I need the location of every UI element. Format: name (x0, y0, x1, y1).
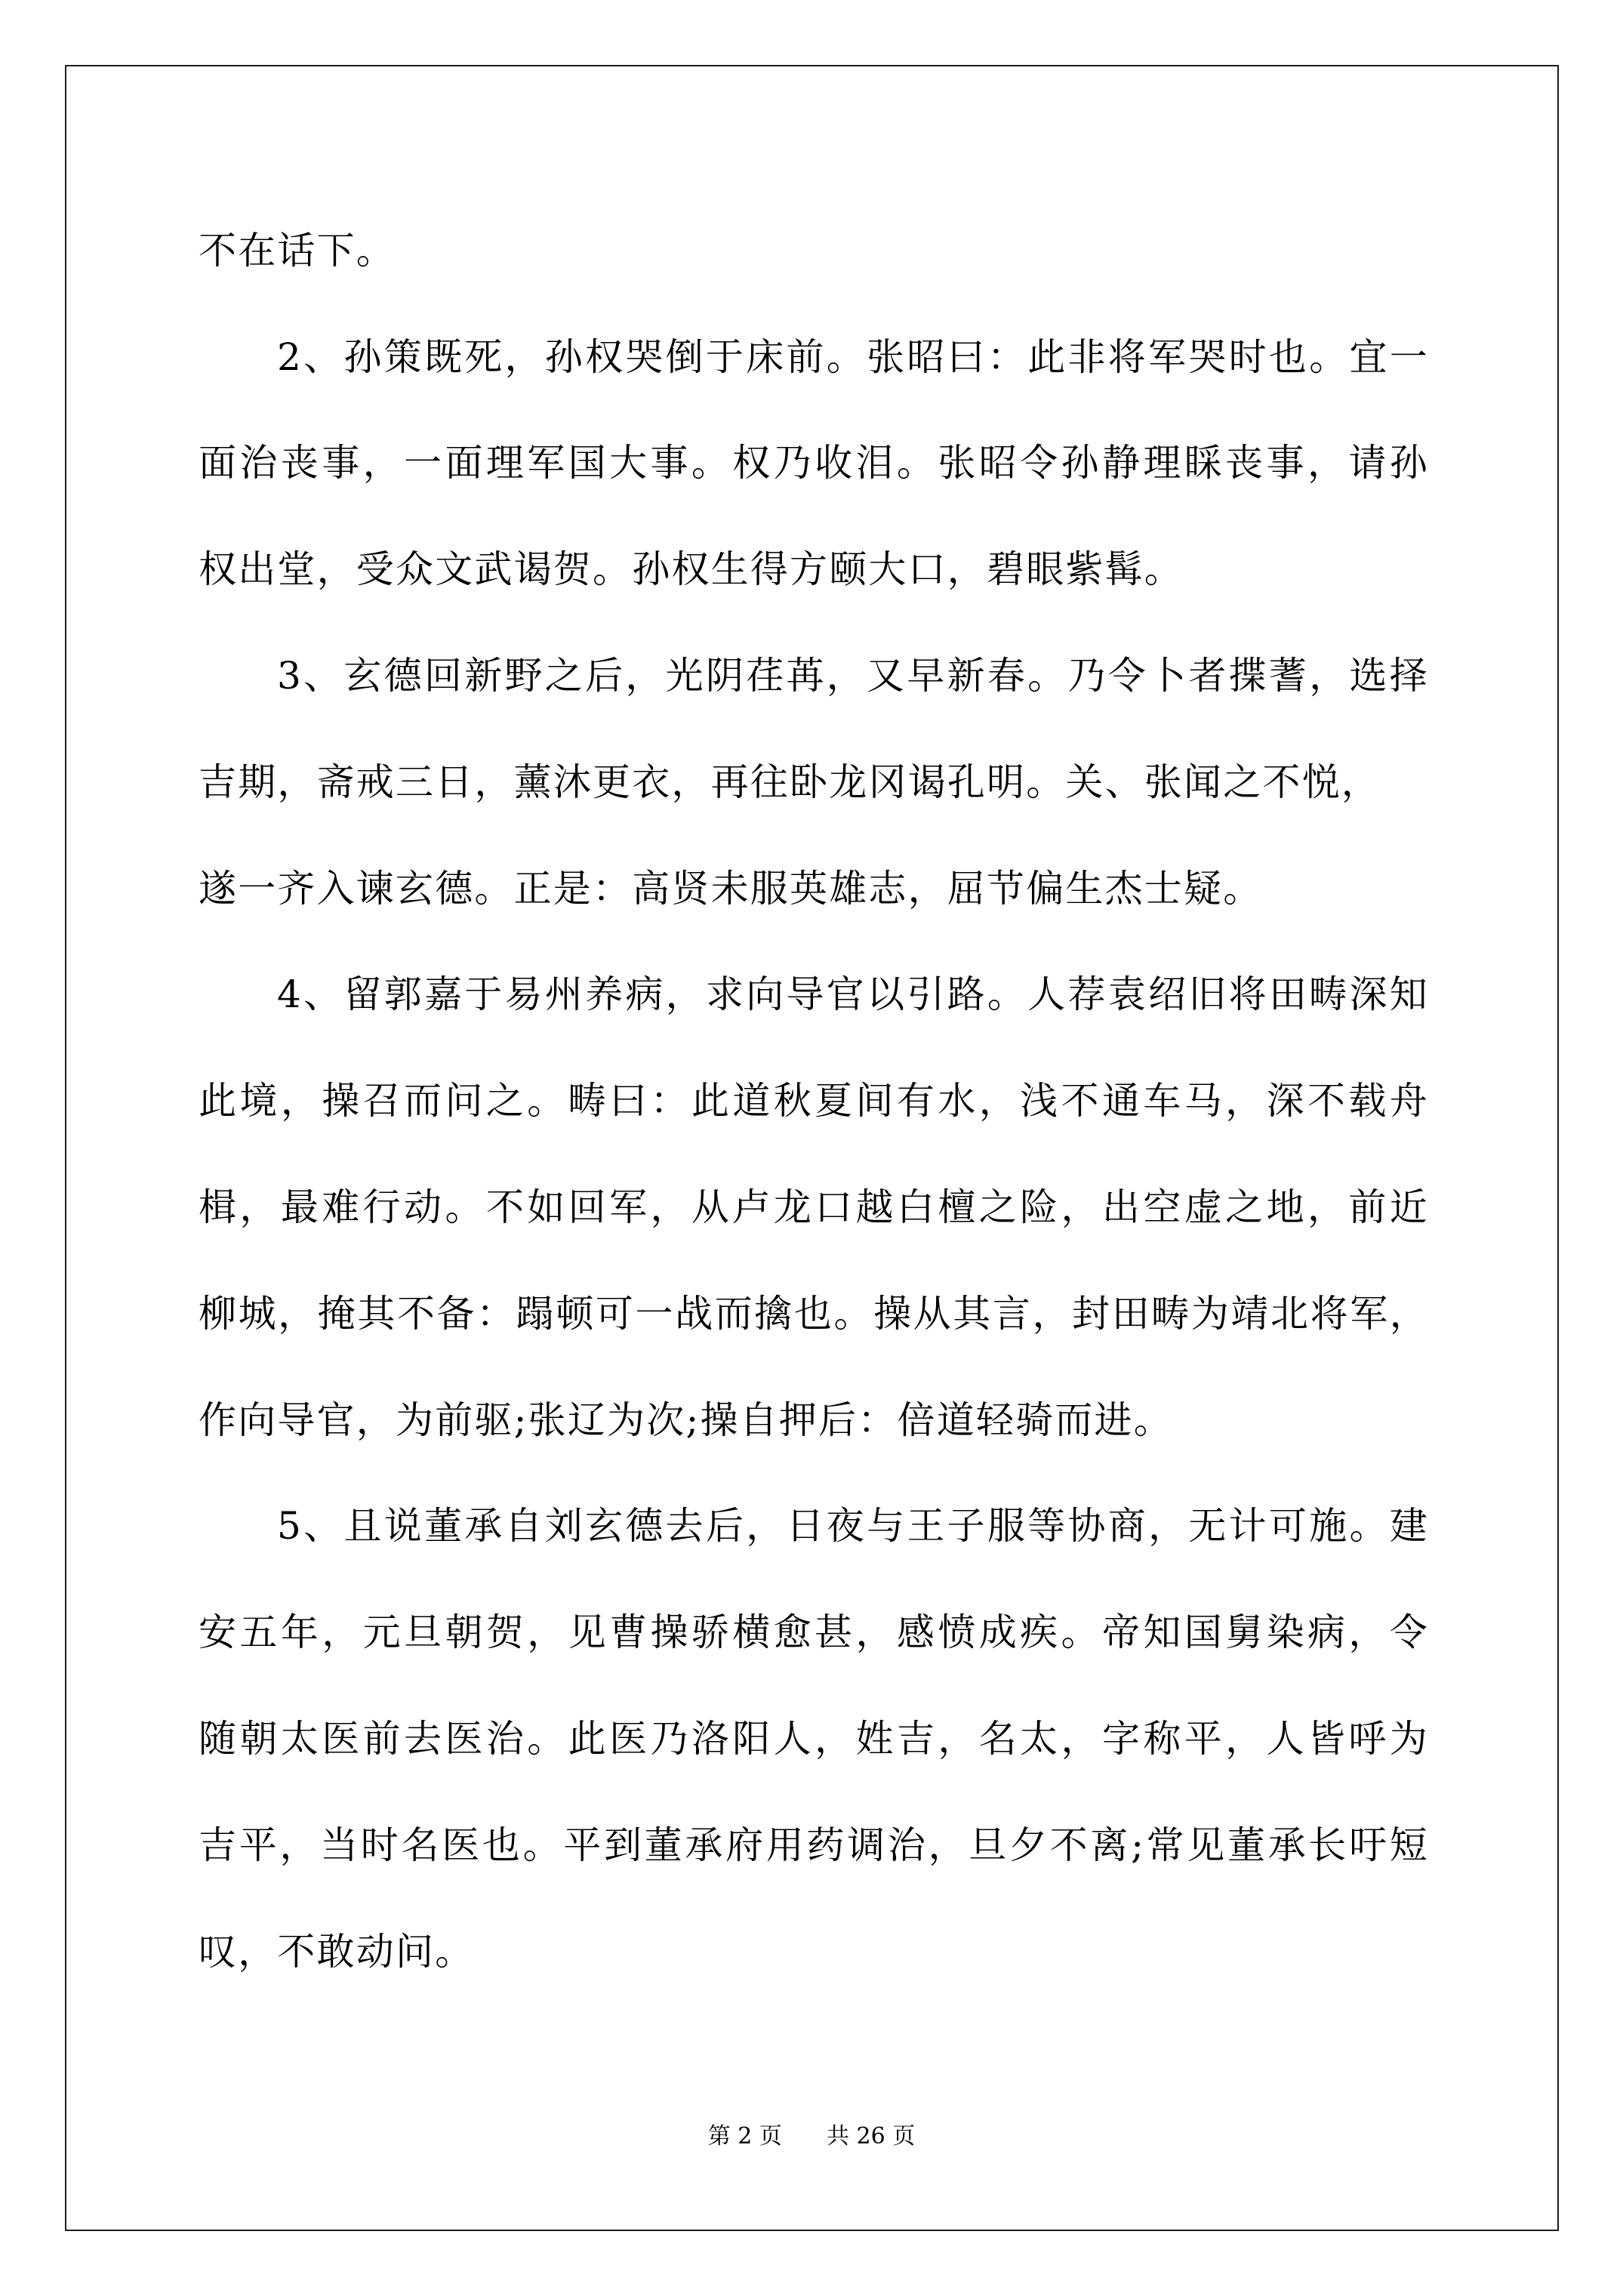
text-line: 吉期，斋戒三日，薰沐更衣，再往卧龙冈谒孔明。关、张闻之不悦， (199, 756, 1429, 809)
text-line: 随朝太医前去医治。此医乃洛阳人，姓吉，名太，字称平，人皆呼为 (199, 1712, 1429, 1765)
page-footer: 第 2 页 共 26 页 (0, 2122, 1623, 2152)
total-pages-label: 共 26 页 (827, 2123, 915, 2150)
text-line: 作向导官，为前驱;张辽为次;操自押后：倍道轻骑而进。 (199, 1394, 1429, 1447)
text-line: 此境，操召而问之。畴曰：此道秋夏间有水，浅不通车马，深不载舟 (199, 1074, 1429, 1127)
text-line: 4、留郭嘉于易州养病，求向导官以引路。人荐袁绍旧将田畴深知 (199, 968, 1429, 1021)
text-line: 遂一齐入谏玄德。正是：高贤未服英雄志，屈节偏生杰士疑。 (199, 862, 1429, 915)
text-line: 叹，不敢动问。 (199, 1925, 1429, 1978)
text-line: 吉平，当时名医也。平到董承府用药调治，旦夕不离;常见董承长吁短 (199, 1819, 1429, 1872)
page-number-label: 第 2 页 (708, 2123, 782, 2150)
text-line: 面治丧事，一面理军国大事。权乃收泪。张昭令孙静理睬丧事，请孙 (199, 436, 1429, 489)
text-line: 3、玄德回新野之后，光阴荏苒，又早新春。乃令卜者揲蓍，选择 (199, 649, 1429, 702)
text-line: 2、孙策既死，孙权哭倒于床前。张昭曰：此非将军哭时也。宜一 (199, 331, 1429, 384)
page-border (65, 65, 1559, 2231)
text-line: 柳城，掩其不备：蹋顿可一战而擒也。操从其言，封田畴为靖北将军， (199, 1287, 1429, 1340)
text-line: 安五年，元旦朝贺，见曹操骄横愈甚，感愤成疾。帝知国舅染病，令 (199, 1606, 1429, 1659)
text-line: 权出堂，受众文武谒贺。孙权生得方颐大口，碧眼紫髯。 (199, 543, 1429, 596)
text-line: 不在话下。 (199, 224, 1429, 277)
text-line: 楫，最难行动。不如回军，从卢龙口越白檀之险，出空虚之地，前近 (199, 1181, 1429, 1234)
text-line: 5、且说董承自刘玄德去后，日夜与王子服等协商，无计可施。建 (199, 1499, 1429, 1552)
